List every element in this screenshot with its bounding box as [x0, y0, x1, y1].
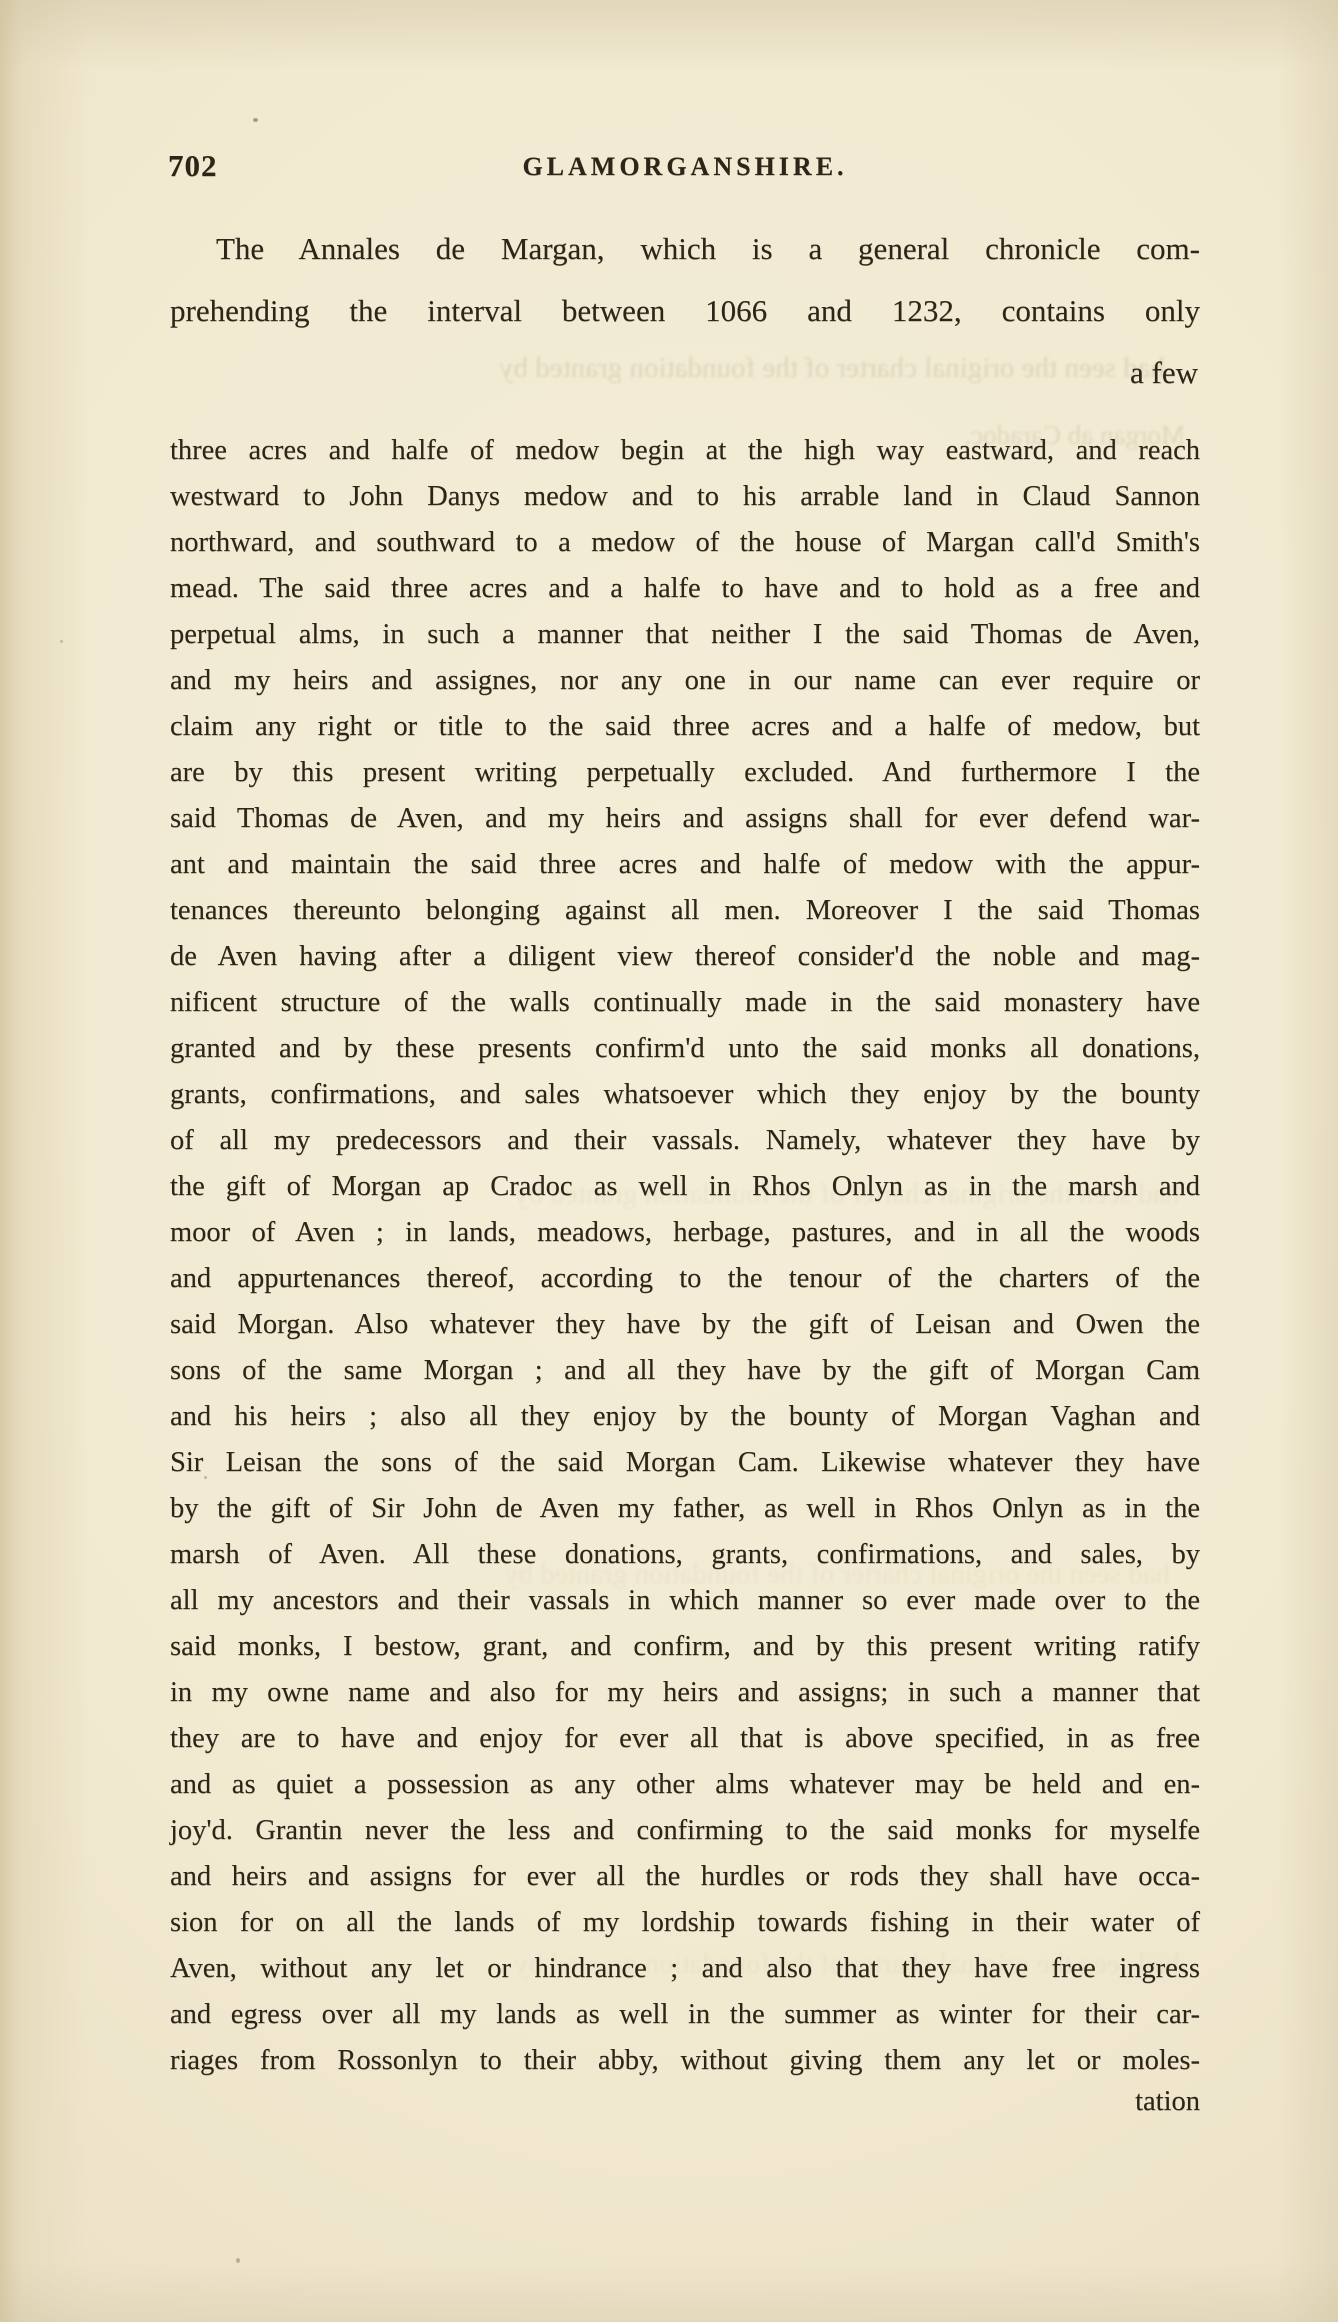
text-line: said Thomas de Aven, and my heirs and as… — [170, 796, 1200, 842]
text-line: Sir Leisan the sons of the said Morgan C… — [170, 1440, 1200, 1486]
paper-texture — [1278, 0, 1338, 2322]
text-line: northward, and southward to a medow of t… — [170, 520, 1200, 566]
text-line: perpetual alms, in such a manner that ne… — [170, 612, 1200, 658]
text-line: in my owne name and also for my heirs an… — [170, 1670, 1200, 1716]
text-line: three acres and halfe of medow begin at … — [170, 428, 1200, 474]
intro-line: a few — [170, 342, 1200, 404]
running-title: GLAMORGANSHIRE. — [170, 152, 1200, 182]
text-line: grants, confirmations, and sales whatsoe… — [170, 1072, 1200, 1118]
text-line: Aven, without any let or hindrance ; and… — [170, 1946, 1200, 1992]
paper-speck — [236, 2258, 240, 2263]
text-line: all my ancestors and their vassals in wh… — [170, 1578, 1200, 1624]
paper-speck — [60, 640, 63, 643]
text-line: nificent structure of the walls continua… — [170, 980, 1200, 1026]
text-line: westward to John Danys medow and to his … — [170, 474, 1200, 520]
paper-texture — [0, 0, 1338, 70]
text-line: and my heirs and assignes, nor any one i… — [170, 658, 1200, 704]
catchword: tation — [170, 2086, 1202, 2118]
text-line: mead. The said three acres and a halfe t… — [170, 566, 1200, 612]
paper-speck — [253, 118, 258, 122]
text-line: sion for on all the lands of my lordship… — [170, 1900, 1200, 1946]
intro-line: prehending the interval between 1066 and… — [170, 280, 1200, 342]
text-line: and his heirs ; also all they enjoy by t… — [170, 1394, 1200, 1440]
text-line: and appurtenances thereof, according to … — [170, 1256, 1200, 1302]
text-line: and as quiet a possession as any other a… — [170, 1762, 1200, 1808]
paper-texture — [0, 0, 90, 2322]
text-line: de Aven having after a diligent view the… — [170, 934, 1200, 980]
intro-line: The Annales de Margan, which is a genera… — [170, 218, 1200, 280]
text-line: the gift of Morgan ap Cradoc as well in … — [170, 1164, 1200, 1210]
text-line: said Morgan. Also whatever they have by … — [170, 1302, 1200, 1348]
text-line: joy'd. Grantin never the less and confir… — [170, 1808, 1200, 1854]
text-line: said monks, I bestow, grant, and confirm… — [170, 1624, 1200, 1670]
text-line: of all my predecessors and their vassals… — [170, 1118, 1200, 1164]
text-line: they are to have and enjoy for ever all … — [170, 1716, 1200, 1762]
text-line: by the gift of Sir John de Aven my fathe… — [170, 1486, 1200, 1532]
text-line: granted and by these presents confirm'd … — [170, 1026, 1200, 1072]
scanned-book-page: had seen the original charter of the fou… — [0, 0, 1338, 2322]
body-text-block: three acres and halfe of medow begin at … — [170, 428, 1200, 2084]
text-line: ant and maintain the said three acres an… — [170, 842, 1200, 888]
text-line: claim any right or title to the said thr… — [170, 704, 1200, 750]
text-line: riages from Rossonlyn to their abby, wit… — [170, 2038, 1200, 2084]
text-line: marsh of Aven. All these donations, gran… — [170, 1532, 1200, 1578]
text-line: and egress over all my lands as well in … — [170, 1992, 1200, 2038]
text-line: tenances thereunto belonging against all… — [170, 888, 1200, 934]
text-line: moor of Aven ; in lands, meadows, herbag… — [170, 1210, 1200, 1256]
text-line: and heirs and assigns for ever all the h… — [170, 1854, 1200, 1900]
paper-texture — [0, 2262, 1338, 2322]
intro-paragraph: The Annales de Margan, which is a genera… — [170, 218, 1200, 404]
text-line: sons of the same Morgan ; and all they h… — [170, 1348, 1200, 1394]
text-line: are by this present writing perpetually … — [170, 750, 1200, 796]
